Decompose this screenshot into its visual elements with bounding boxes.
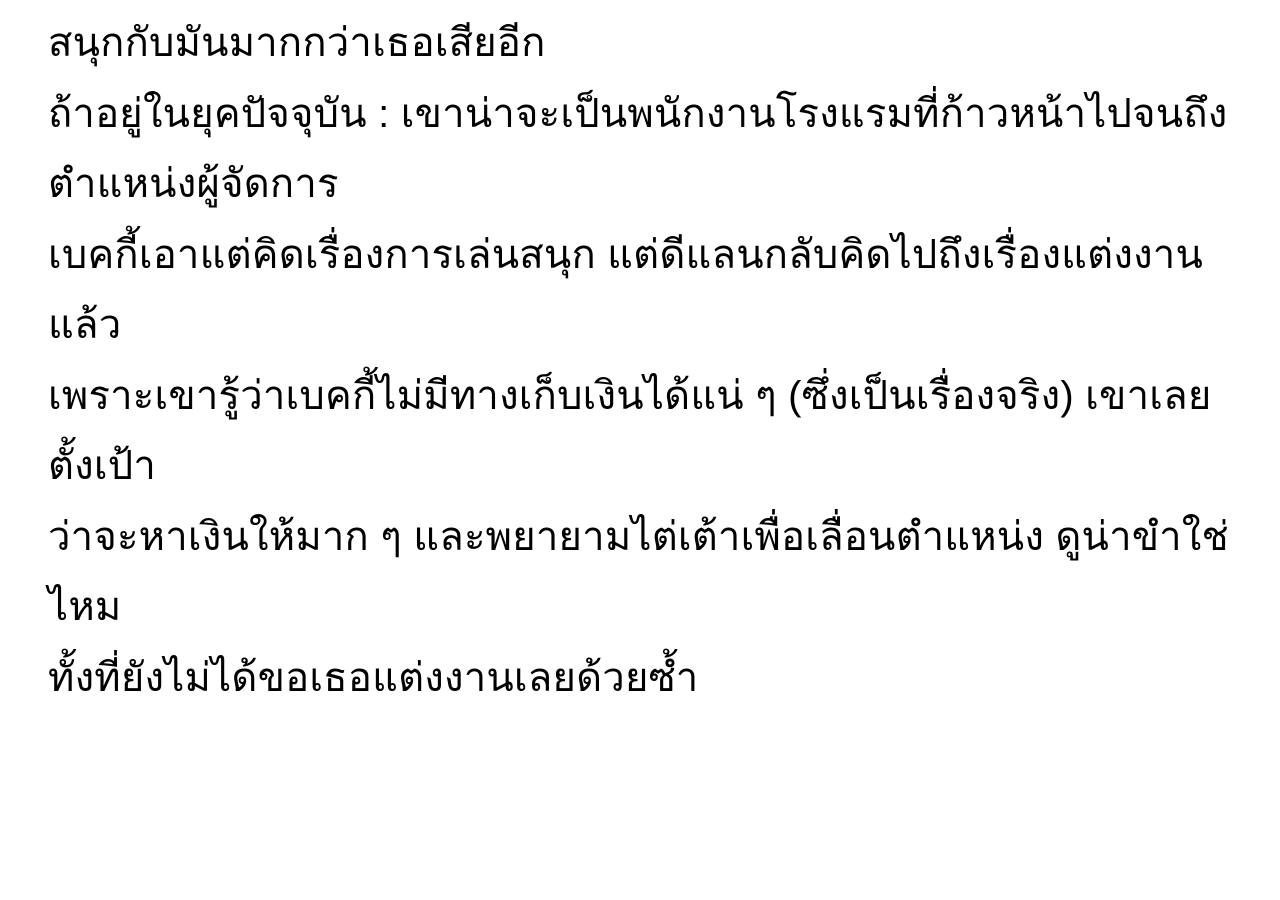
text-line: ตำแหน่งผู้จัดการ <box>48 149 1232 220</box>
text-line: เบคกี้เอาแต่คิดเรื่องการเล่นสนุก แต่ดีแล… <box>48 220 1232 361</box>
text-content: สนุกกับมันมากกว่าเธอเสียอีก ถ้าอยู่ในยุค… <box>48 8 1232 713</box>
text-line: เพราะเขารู้ว่าเบคกี้ไม่มีทางเก็บเงินได้แ… <box>48 361 1232 502</box>
text-line: ถ้าอยู่ในยุคปัจจุบัน : เขาน่าจะเป็นพนักง… <box>48 79 1232 150</box>
text-line: ทั้งที่ยังไม่ได้ขอเธอแต่งงานเลยด้วยซ้ำ <box>48 643 1232 714</box>
document-page: สนุกกับมันมากกว่าเธอเสียอีก ถ้าอยู่ในยุค… <box>0 0 1280 900</box>
text-line: สนุกกับมันมากกว่าเธอเสียอีก <box>48 8 1232 79</box>
text-line: ว่าจะหาเงินให้มาก ๆ และพยายามไต่เต้าเพื่… <box>48 502 1232 643</box>
